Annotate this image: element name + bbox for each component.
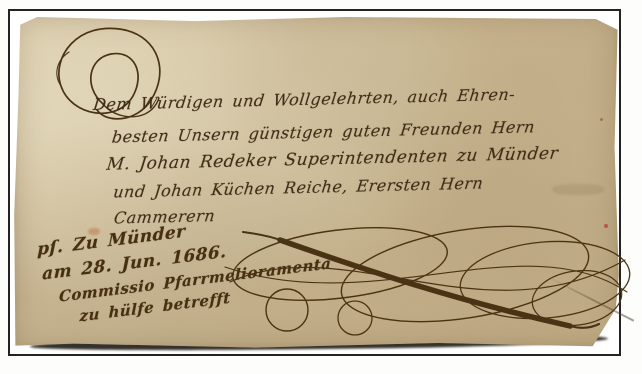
scanned-photo: Dem Würdigen und Wollgelehrten, auch Ehr… — [0, 0, 642, 374]
pen-flourish-icon — [225, 222, 630, 340]
